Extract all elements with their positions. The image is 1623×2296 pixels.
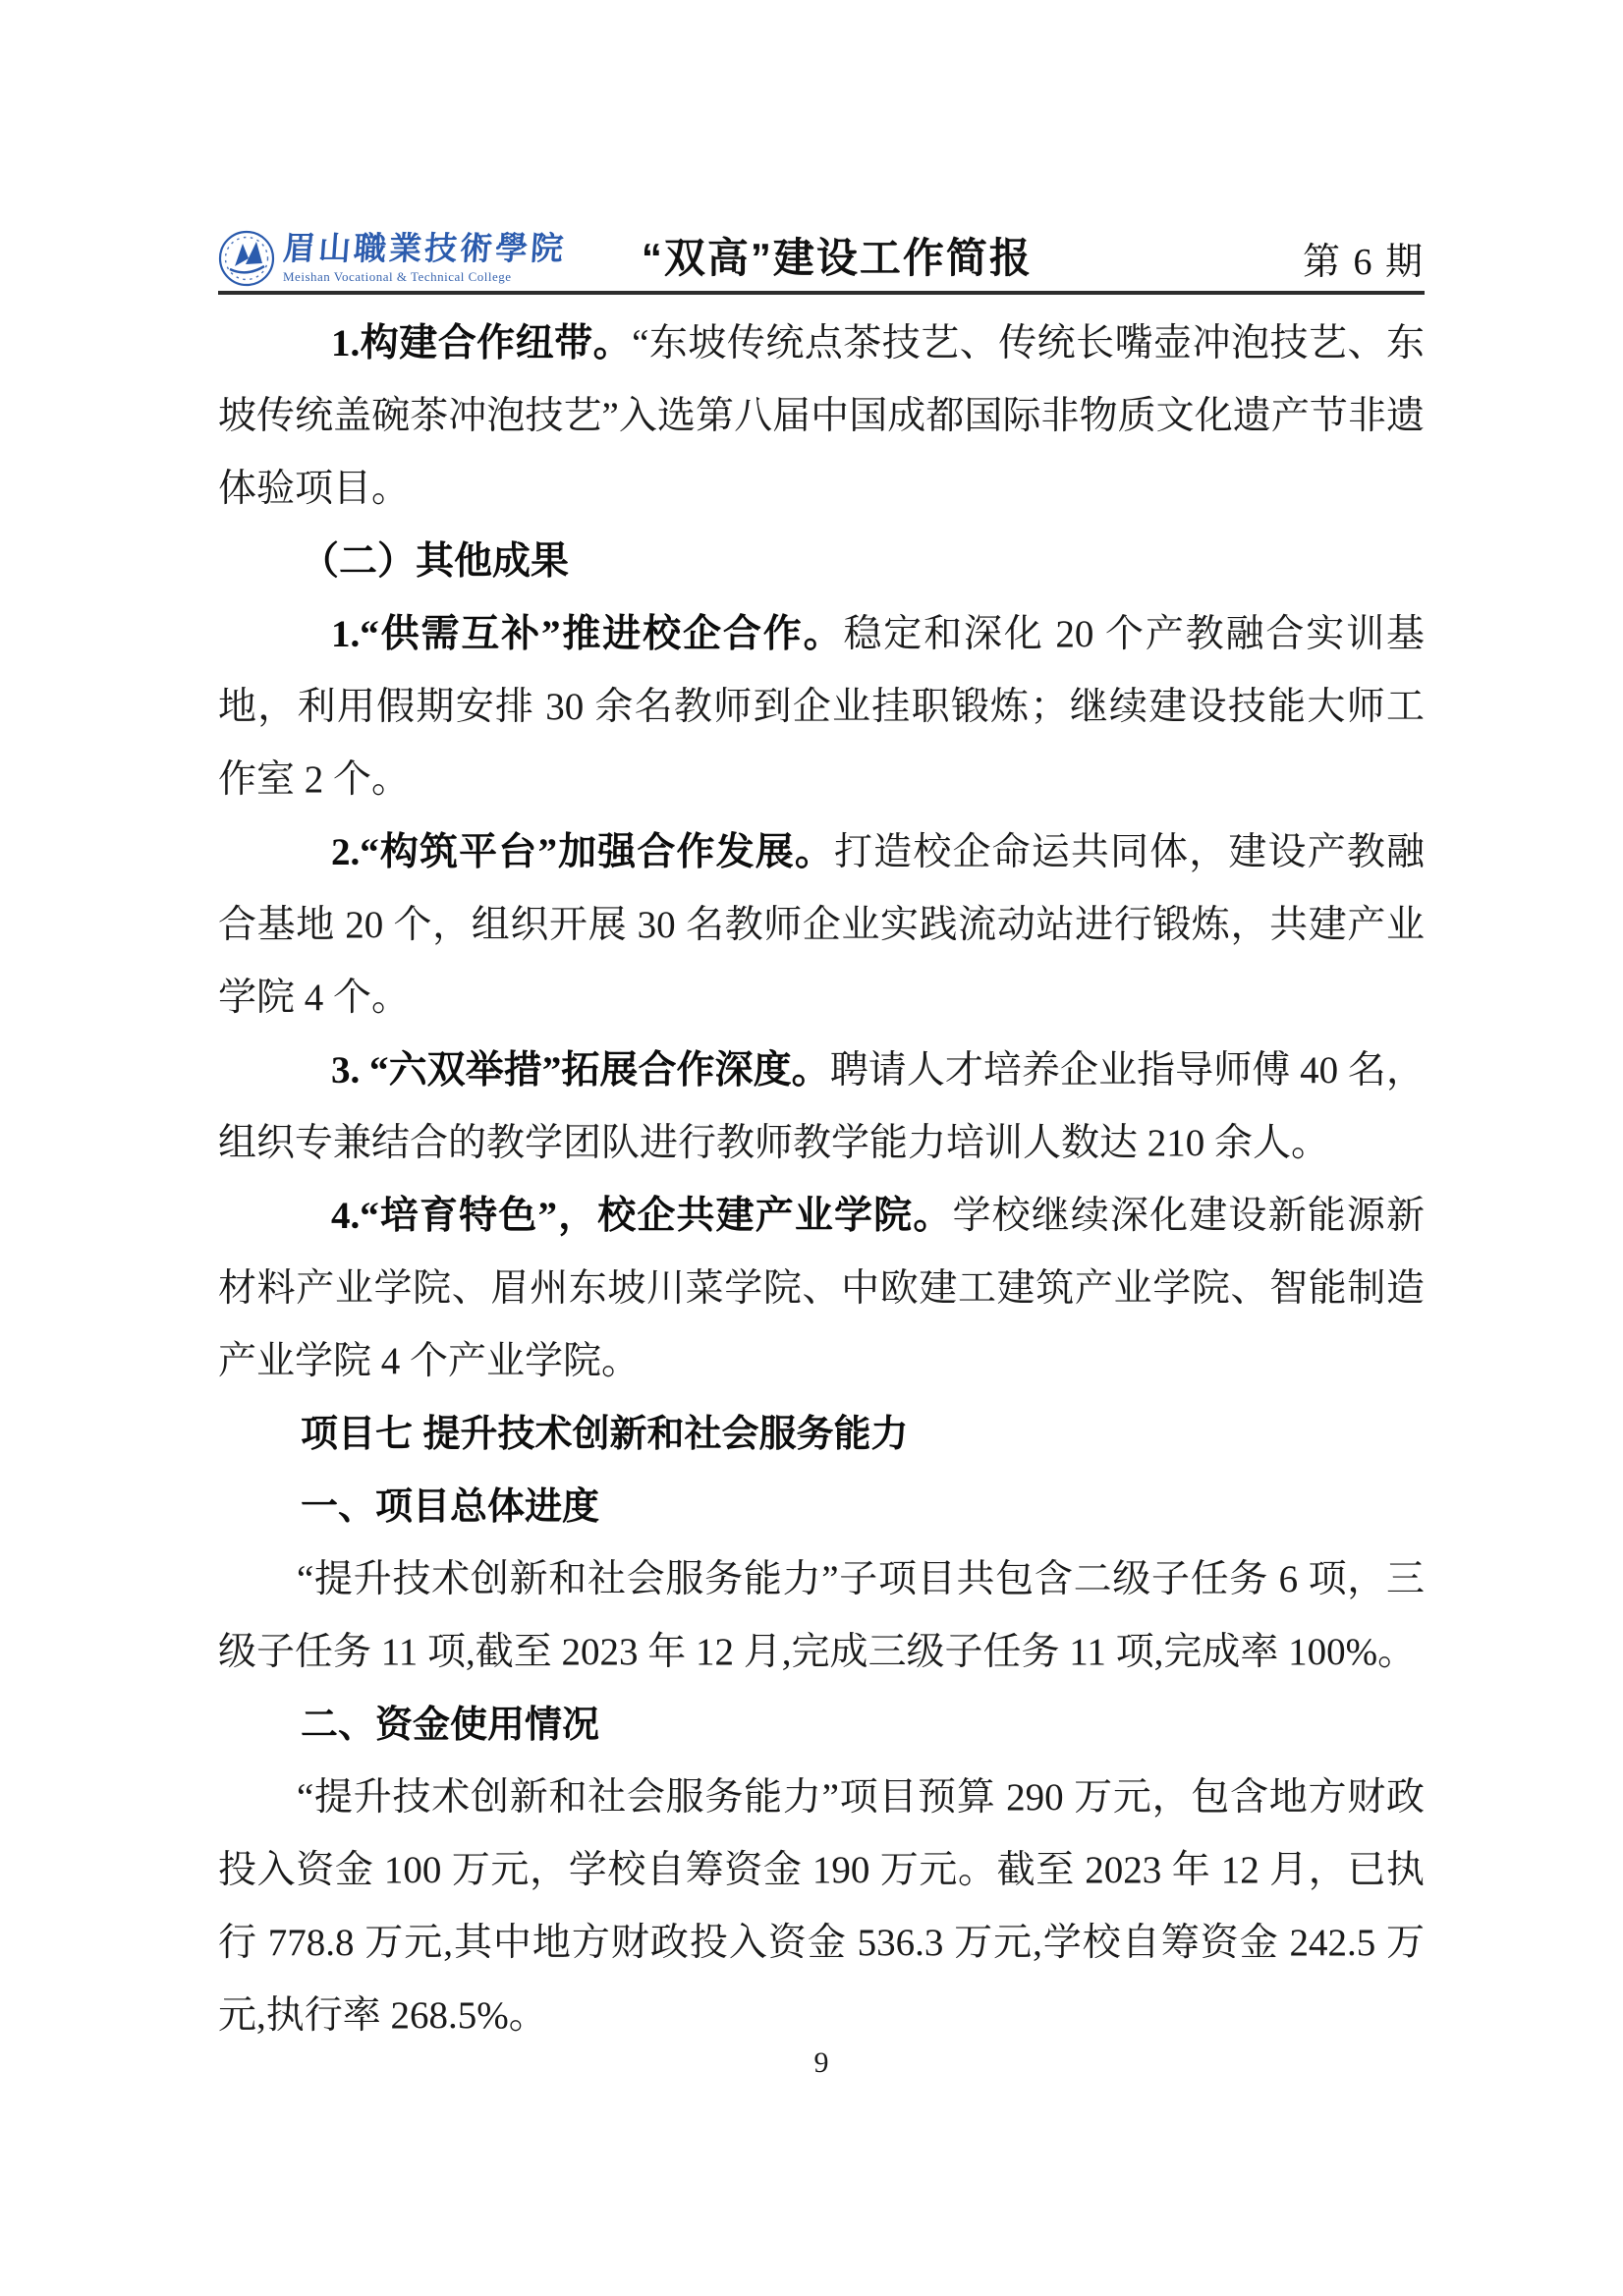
- paragraph: 1.构建合作纽带。“东坡传统点茶技艺、传统长嘴壶冲泡技艺、东坡传统盖碗茶冲泡技艺…: [218, 308, 1425, 526]
- page-footer: 9: [218, 2046, 1425, 2080]
- paragraph-lead: 2.“构筑平台”加强合作发展。: [331, 831, 834, 873]
- page-number: 9: [814, 2046, 829, 2079]
- paragraph: 1.“供需互补”推进校企合作。稳定和深化 20 个产教融合实训基地，利用假期安排…: [218, 598, 1425, 816]
- paragraph-lead: 1.构建合作纽带。: [331, 322, 632, 364]
- school-emblem-icon: [218, 230, 275, 287]
- issue-number: 第 6 期: [1303, 231, 1425, 285]
- school-name-cn: 眉山職業技術學院: [282, 234, 567, 266]
- page-header: 眉山職業技術學院 Meishan Vocational & Technical …: [218, 226, 1425, 295]
- document-page: 眉山職業技術學院 Meishan Vocational & Technical …: [0, 0, 1623, 2296]
- paragraph: “提升技术创新和社会服务能力”子项目共包含二级子任务 6 项，三级子任务 11 …: [218, 1543, 1425, 1689]
- paragraph-lead: 3. “六双举措”拓展合作深度。: [331, 1049, 830, 1092]
- paragraph-lead: 1.“供需互补”推进校企合作。: [331, 613, 843, 655]
- school-name-block: 眉山職業技術學院 Meishan Vocational & Technical …: [283, 234, 566, 283]
- project-heading: 项目七 提升技术创新和社会服务能力: [218, 1398, 1425, 1471]
- paragraph-text: “提升技术创新和社会服务能力”项目预算 290 万元，包含地方财政投入资金 10…: [218, 1776, 1425, 2037]
- paragraph-lead: 4.“培育特色”，校企共建产业学院。: [331, 1195, 952, 1237]
- section-heading: （二）其他成果: [218, 526, 1425, 598]
- paragraph: 3. “六双举措”拓展合作深度。聘请人才培养企业指导师傅 40 名，组织专兼结合…: [218, 1035, 1425, 1180]
- paragraph-text: “提升技术创新和社会服务能力”子项目共包含二级子任务 6 项，三级子任务 11 …: [218, 1558, 1425, 1673]
- school-logo: 眉山職業技術學院 Meishan Vocational & Technical …: [218, 230, 566, 287]
- subsection-heading: 二、资金使用情况: [218, 1689, 1425, 1762]
- school-name-en: Meishan Vocational & Technical College: [283, 270, 566, 283]
- subsection-heading: 一、项目总体进度: [218, 1471, 1425, 1543]
- document-body: 1.构建合作纽带。“东坡传统点茶技艺、传统长嘴壶冲泡技艺、东坡传统盖碗茶冲泡技艺…: [218, 308, 1425, 2052]
- paragraph: 2.“构筑平台”加强合作发展。打造校企命运共同体，建设产教融合基地 20 个，组…: [218, 816, 1425, 1035]
- paragraph: 4.“培育特色”，校企共建产业学院。学校继续深化建设新能源新材料产业学院、眉州东…: [218, 1180, 1425, 1398]
- bulletin-title: “双高”建设工作简报: [642, 226, 1033, 285]
- paragraph: “提升技术创新和社会服务能力”项目预算 290 万元，包含地方财政投入资金 10…: [218, 1762, 1425, 2052]
